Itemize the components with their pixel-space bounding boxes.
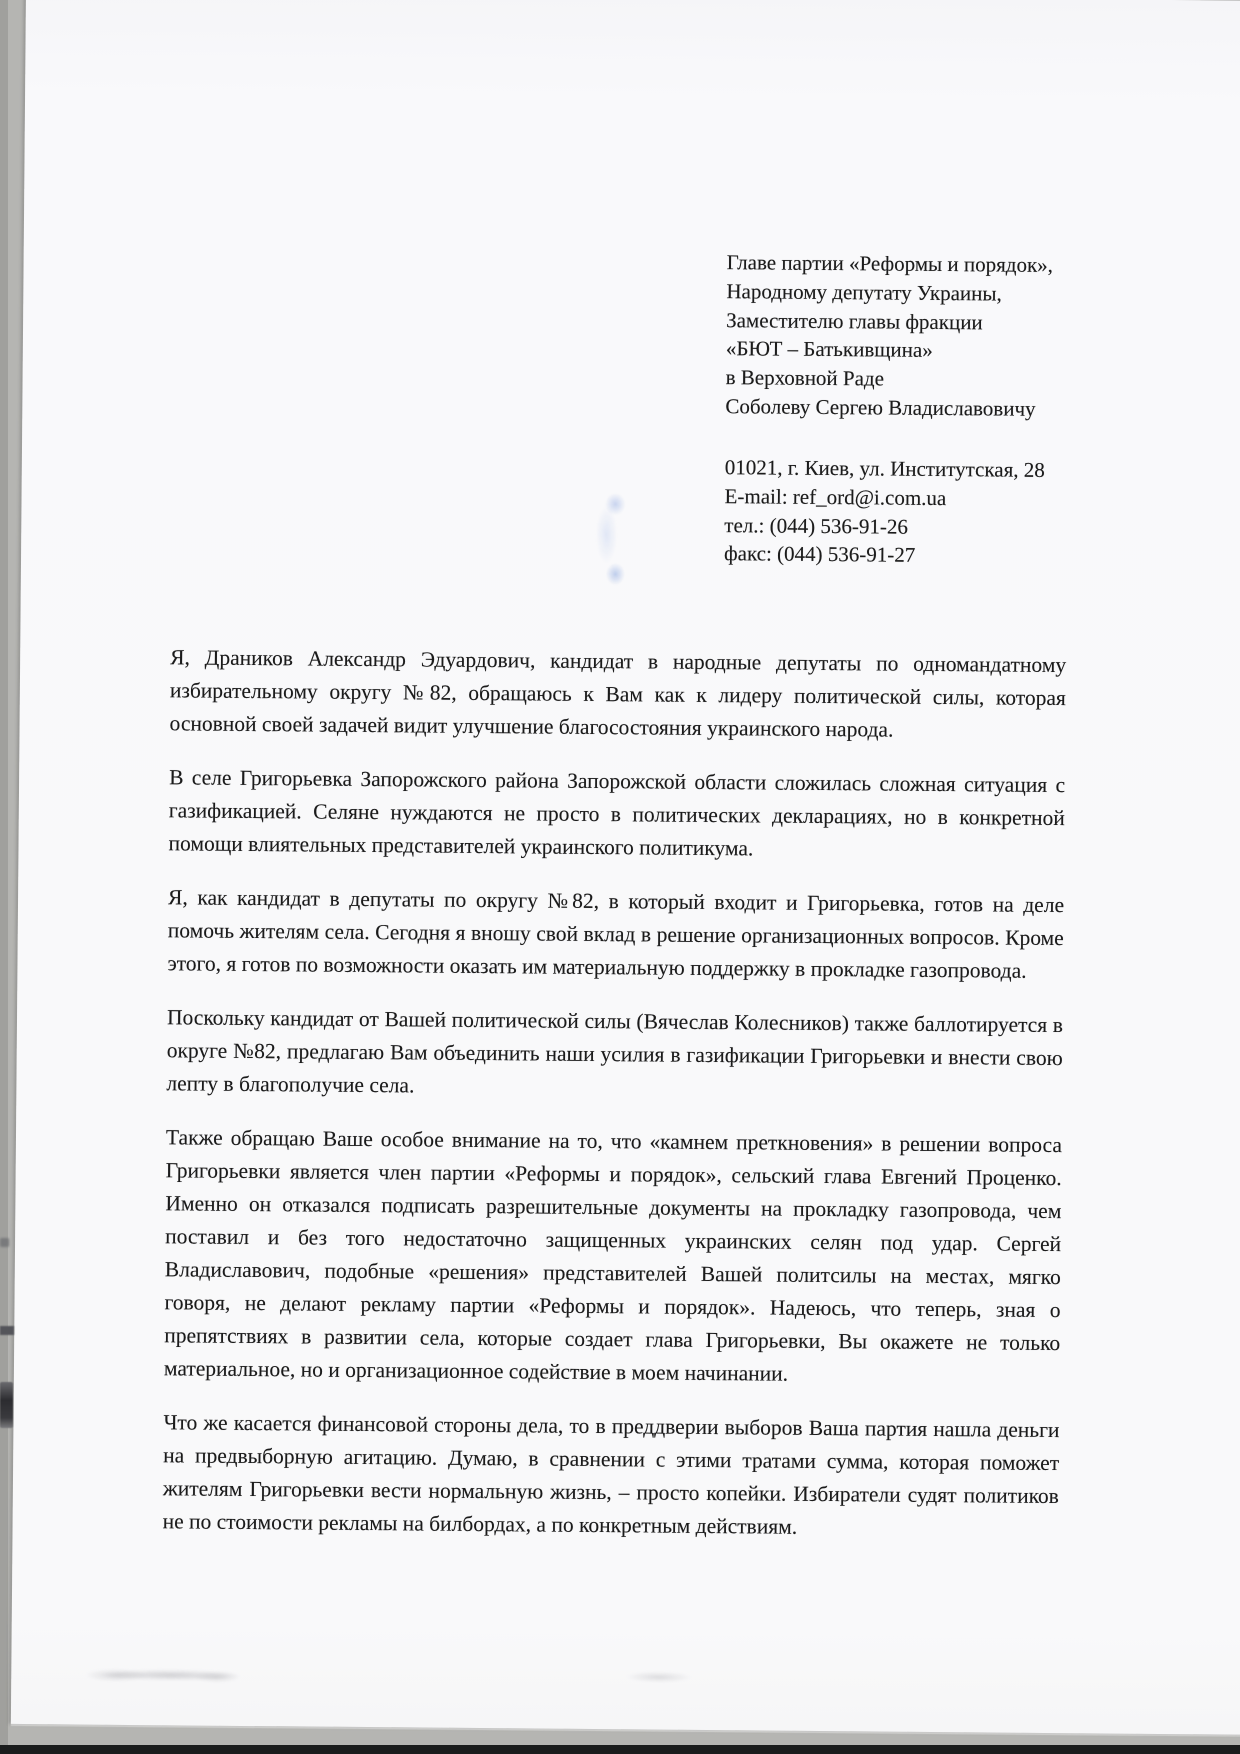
fax-line: факс: (044) 536-91-27 — [724, 540, 1044, 572]
paragraph-obstacle: Также обращаю Ваше особое внимание на то… — [164, 1121, 1062, 1393]
paragraph-candidate-help: Я, как кандидат в депутаты по округу №82… — [167, 881, 1064, 988]
scanned-letter-page: Главе партии «Реформы и порядок», Народн… — [0, 0, 1240, 1754]
recipient-block: Главе партии «Реформы и порядок», Народн… — [725, 248, 1053, 424]
scanner-bed-left-shade — [0, 0, 8, 1754]
recipient-line: «БЮТ – Батькивщина» — [726, 335, 1053, 367]
scanner-bottom-strip — [0, 1745, 1240, 1754]
ghost-text-smudge — [626, 1671, 691, 1683]
recipient-name-line: Соболеву Сергею Владиславовичу — [725, 392, 1052, 424]
paragraph-join-efforts: Поскольку кандидат от Вашей политической… — [166, 1001, 1063, 1108]
paragraph-finances: Что же касается финансовой стороны дела,… — [162, 1406, 1059, 1546]
phone-line: тел.: (044) 536-91-26 — [724, 511, 1044, 543]
letter-paper: Главе партии «Реформы и порядок», Народн… — [11, 0, 1240, 1735]
recipient-line: в Верховной Раде — [726, 363, 1053, 395]
recipient-line: Народному депутату Украины, — [726, 277, 1053, 309]
email-line: E-mail: ref_ord@i.com.ua — [724, 482, 1044, 514]
scan-edge-artifact — [0, 1326, 14, 1335]
ink-bleed-smudge — [591, 493, 626, 585]
paragraph-intro: Я, Драников Александр Эдуардович, кандид… — [169, 641, 1066, 748]
letter-body: Я, Драников Александр Эдуардович, кандид… — [162, 641, 1066, 1567]
scan-edge-artifact — [0, 1382, 13, 1428]
scan-edge-artifact — [0, 1238, 9, 1247]
paragraph-village-problem: В селе Григорьевка Запорожского района З… — [168, 761, 1065, 868]
recipient-line: Главе партии «Реформы и порядок», — [727, 248, 1054, 280]
recipient-line: Заместителю главы фракции — [726, 306, 1053, 338]
contact-block: 01021, г. Киев, ул. Институтская, 28 E-m… — [724, 453, 1045, 571]
postal-address-line: 01021, г. Киев, ул. Институтская, 28 — [725, 453, 1045, 485]
ghost-text-smudge — [85, 1669, 240, 1683]
